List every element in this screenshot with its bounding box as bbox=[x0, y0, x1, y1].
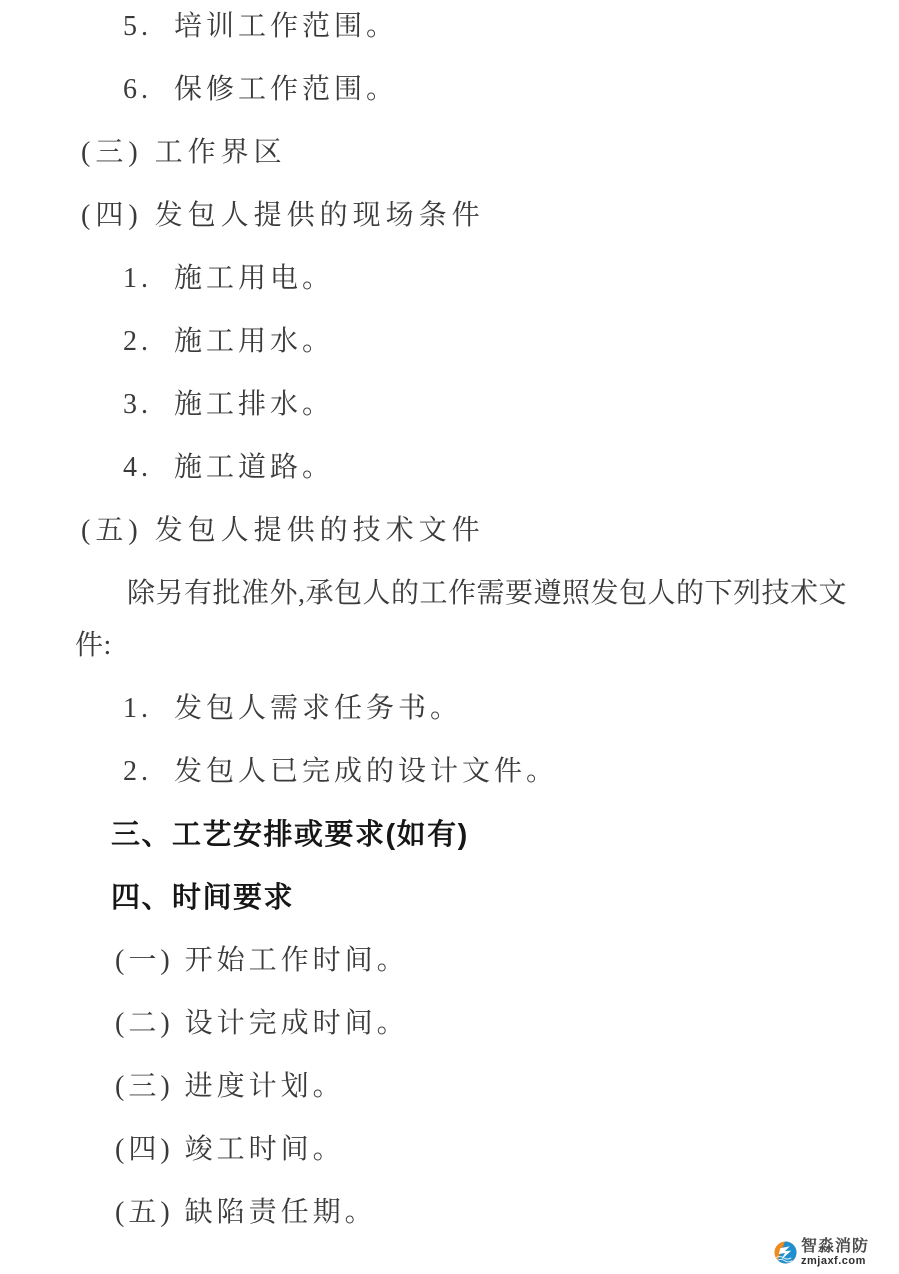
document-line-sub-item: (四) 竣工时间。 bbox=[75, 1124, 849, 1176]
document-line-paragraph: 除另有批准外,承包人的工作需要遵照发包人的下列技术文 bbox=[75, 568, 849, 620]
document-line-numbered-item: 2. 施工用水。 bbox=[75, 316, 849, 368]
brand-url: zmjaxf.com bbox=[801, 1255, 869, 1267]
document-line-numbered-item: 1. 施工用电。 bbox=[75, 253, 849, 305]
document-line-sub-item: (一) 开始工作时间。 bbox=[75, 935, 849, 987]
document-line-numbered-item: 4. 施工道路。 bbox=[75, 442, 849, 494]
document-line-paragraph: 件: bbox=[75, 620, 849, 672]
document-line-numbered-item: 2. 发包人已完成的设计文件。 bbox=[75, 746, 849, 798]
document-line-section-title: (四) 发包人提供的现场条件 bbox=[75, 190, 849, 242]
document-line-numbered-item: 5. 培训工作范围。 bbox=[75, 1, 849, 53]
document-line-chapter-heading: 三、工艺安排或要求(如有) bbox=[75, 809, 849, 861]
document-line-sub-item: (五) 缺陷责任期。 bbox=[75, 1187, 849, 1239]
zhimiao-fire-logo-icon bbox=[774, 1241, 797, 1264]
brand-name: 智淼消防 bbox=[801, 1238, 869, 1255]
document-line-section-title: (三) 工作界区 bbox=[75, 127, 849, 179]
zhimiao-watermark: 智淼消防 zmjaxf.com bbox=[774, 1238, 869, 1267]
document-line-numbered-item: 3. 施工排水。 bbox=[75, 379, 849, 431]
document-line-numbered-item: 1. 发包人需求任务书。 bbox=[75, 683, 849, 735]
document-line-section-title: (五) 发包人提供的技术文件 bbox=[75, 505, 849, 557]
document-line-numbered-item: 6. 保修工作范围。 bbox=[75, 64, 849, 116]
document-line-sub-item: (三) 进度计划。 bbox=[75, 1061, 849, 1113]
document-line-chapter-heading: 四、时间要求 bbox=[75, 872, 849, 924]
document-page: 5. 培训工作范围。 6. 保修工作范围。 (三) 工作界区 (四) 发包人提供… bbox=[0, 0, 899, 1274]
document-line-sub-item: (二) 设计完成时间。 bbox=[75, 998, 849, 1050]
